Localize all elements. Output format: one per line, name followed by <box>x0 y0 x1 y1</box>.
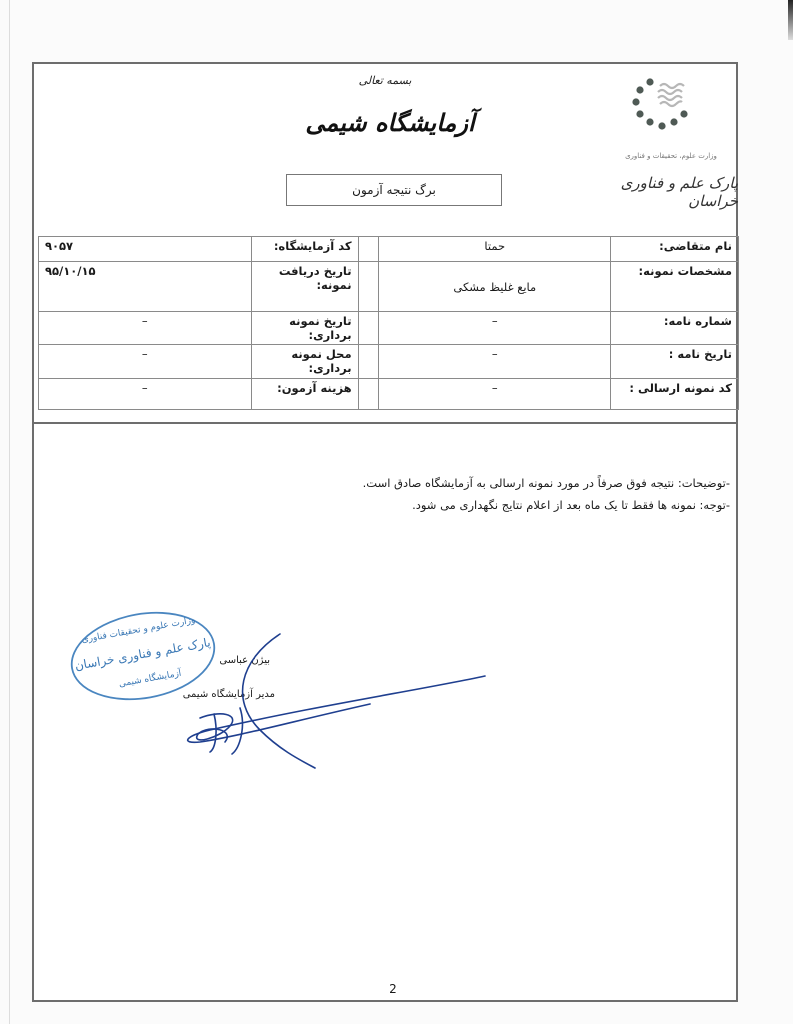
form-title-box: برگ نتیجه آزمون <box>286 174 502 206</box>
blank-cell <box>358 345 379 379</box>
park-logo-icon <box>632 76 712 138</box>
letter-number-value: – <box>379 312 611 345</box>
info-table: نام متقاضی: حمتا کد آزمایشگاه: ۹۰۵۷ مشخص… <box>38 236 739 410</box>
letter-number-label: شماره نامه: <box>611 312 739 345</box>
lab-code-label: کد آزمایشگاه: <box>251 237 358 262</box>
test-cost-value: – <box>39 379 252 410</box>
blank-cell <box>358 312 379 345</box>
sampling-location-label: محل نمونه برداری: <box>251 345 358 379</box>
sampling-location-value: – <box>39 345 252 379</box>
lab-code-value: ۹۰۵۷ <box>39 237 252 262</box>
sampling-date-label: تاریخ نمونه برداری: <box>251 312 358 345</box>
scan-edge-right <box>788 0 793 40</box>
sampling-date-value: – <box>39 312 252 345</box>
notes-block: -توضیحات: نتیجه فوق صرفاً در مورد نمونه … <box>300 472 730 516</box>
table-row: نام متقاضی: حمتا کد آزمایشگاه: ۹۰۵۷ <box>39 237 739 262</box>
letter-date-label: تاریخ نامه : <box>611 345 739 379</box>
ministry-text: وزارت علوم، تحقیقات و فناوری <box>606 152 736 160</box>
park-name: پارک علم و فناوری خراسان <box>598 174 738 210</box>
receive-date-value: ۹۵/۱۰/۱۵ <box>39 262 252 312</box>
table-row: شماره نامه: – تاریخ نمونه برداری: – <box>39 312 739 345</box>
sample-spec-value: مایع غلیظ مشکی <box>379 262 611 312</box>
section-divider <box>32 422 738 424</box>
scan-edge-left <box>0 0 10 1024</box>
form-title: برگ نتیجه آزمون <box>352 183 436 197</box>
blank-cell <box>358 237 379 262</box>
test-cost-label: هزینه آزمون: <box>251 379 358 410</box>
blank-cell <box>358 262 379 312</box>
bismillah: بسمه تعالی <box>330 74 440 87</box>
lab-title: آزمایشگاه شیمی <box>290 108 490 137</box>
note-attention: -توجه: نمونه ها فقط تا یک ماه بعد از اعل… <box>300 494 730 516</box>
sample-spec-label: مشخصات نمونه: <box>611 262 739 312</box>
blank-cell <box>358 379 379 410</box>
sample-spec-text: مایع غلیظ مشکی <box>453 280 536 294</box>
page-number: 2 <box>386 982 400 996</box>
applicant-name-label: نام متقاضی: <box>611 237 739 262</box>
signature-icon <box>170 630 490 770</box>
sent-sample-code-value: – <box>379 379 611 410</box>
table-row: تاریخ نامه : – محل نمونه برداری: – <box>39 345 739 379</box>
table-row: مشخصات نمونه: مایع غلیظ مشکی تاریخ دریاف… <box>39 262 739 312</box>
sent-sample-code-label: کد نمونه ارسالی : <box>611 379 739 410</box>
letter-date-value: – <box>379 345 611 379</box>
applicant-name-value: حمتا <box>379 237 611 262</box>
note-description: -توضیحات: نتیجه فوق صرفاً در مورد نمونه … <box>300 472 730 494</box>
table-row: کد نمونه ارسالی : – هزینه آزمون: – <box>39 379 739 410</box>
receive-date-label: تاریخ دریافت نمونه: <box>251 262 358 312</box>
